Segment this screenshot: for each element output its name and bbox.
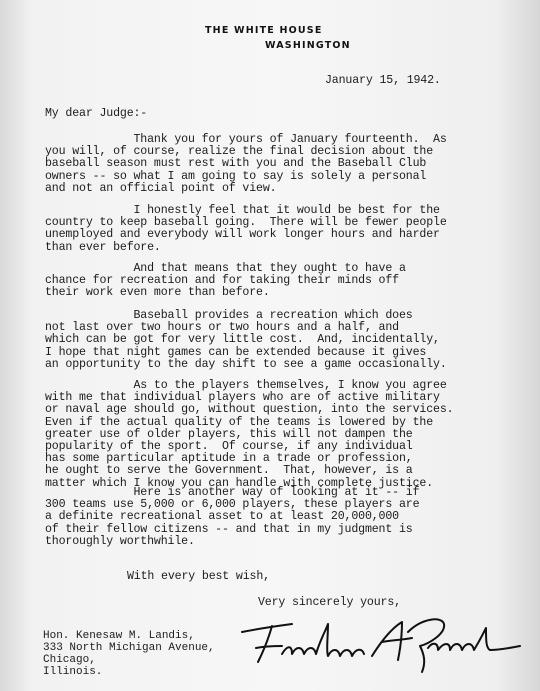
address-line: 333 North Michigan Avenue, <box>43 642 215 654</box>
body-line: Here is another way of looking at it -- … <box>45 487 419 499</box>
body-line: you will, of course, realize the final d… <box>45 146 433 158</box>
body-line: of their fellow citizens -- and that in … <box>45 524 413 536</box>
body-line: an opportunity to the day shift to see a… <box>45 359 447 371</box>
body-line: Baseball provides a recreation which doe… <box>45 310 413 322</box>
body-line: And that means that they ought to have a <box>45 263 406 275</box>
letterhead-title: THE WHITE HOUSE <box>205 25 323 36</box>
body-line: owners -- so what I am going to say is s… <box>45 171 426 183</box>
body-line: he ought to serve the Government. That, … <box>45 465 413 477</box>
body-line: a definite recreational asset to at leas… <box>45 511 399 523</box>
body-line: baseball season must rest with you and t… <box>45 158 426 170</box>
body-line: As to the players themselves, I know you… <box>45 380 447 392</box>
body-line: has some particular aptitude in a trade … <box>45 453 413 465</box>
salutation: My dear Judge:- <box>45 108 147 120</box>
closing-wish: With every best wish, <box>127 571 270 583</box>
body-line: 300 teams use 5,000 or 6,000 players, th… <box>45 499 419 511</box>
body-line: greater use of older players, this will … <box>45 429 413 441</box>
address-line: Illinois. <box>43 666 102 678</box>
body-line: which can be got for very little cost. A… <box>45 334 440 346</box>
body-line: unemployed and everybody will work longe… <box>45 229 440 241</box>
address-line: Chicago, <box>43 654 96 666</box>
letter-page: THE WHITE HOUSE WASHINGTON January 15, 1… <box>0 0 540 691</box>
body-line: with me that individual players who are … <box>45 392 440 404</box>
body-line: I hope that night games can be extended … <box>45 347 426 359</box>
body-line: Even if the actual quality of the teams … <box>45 417 433 429</box>
valediction: Very sincerely yours, <box>258 597 401 609</box>
body-line: not last over two hours or two hours and… <box>45 322 399 334</box>
letterhead-subtitle: WASHINGTON <box>265 40 351 51</box>
body-line: or naval age should go, without question… <box>45 404 453 416</box>
body-line: chance for recreation and for taking the… <box>45 275 399 287</box>
body-line: Thank you for yours of January fourteent… <box>45 134 447 146</box>
address-line: Hon. Kenesaw M. Landis, <box>43 630 195 642</box>
body-line: and not an official point of view. <box>45 183 276 195</box>
body-line: than ever before. <box>45 242 161 254</box>
body-line: thoroughly worthwhile. <box>45 536 195 548</box>
body-line: I honestly feel that it would be best fo… <box>45 205 440 217</box>
body-line: country to keep baseball going. There wi… <box>45 217 447 229</box>
letter-date: January 15, 1942. <box>325 75 441 87</box>
body-line: popularity of the sport. Of course, if a… <box>45 441 413 453</box>
signature <box>232 610 522 680</box>
body-line: their work even more than before. <box>45 287 270 299</box>
